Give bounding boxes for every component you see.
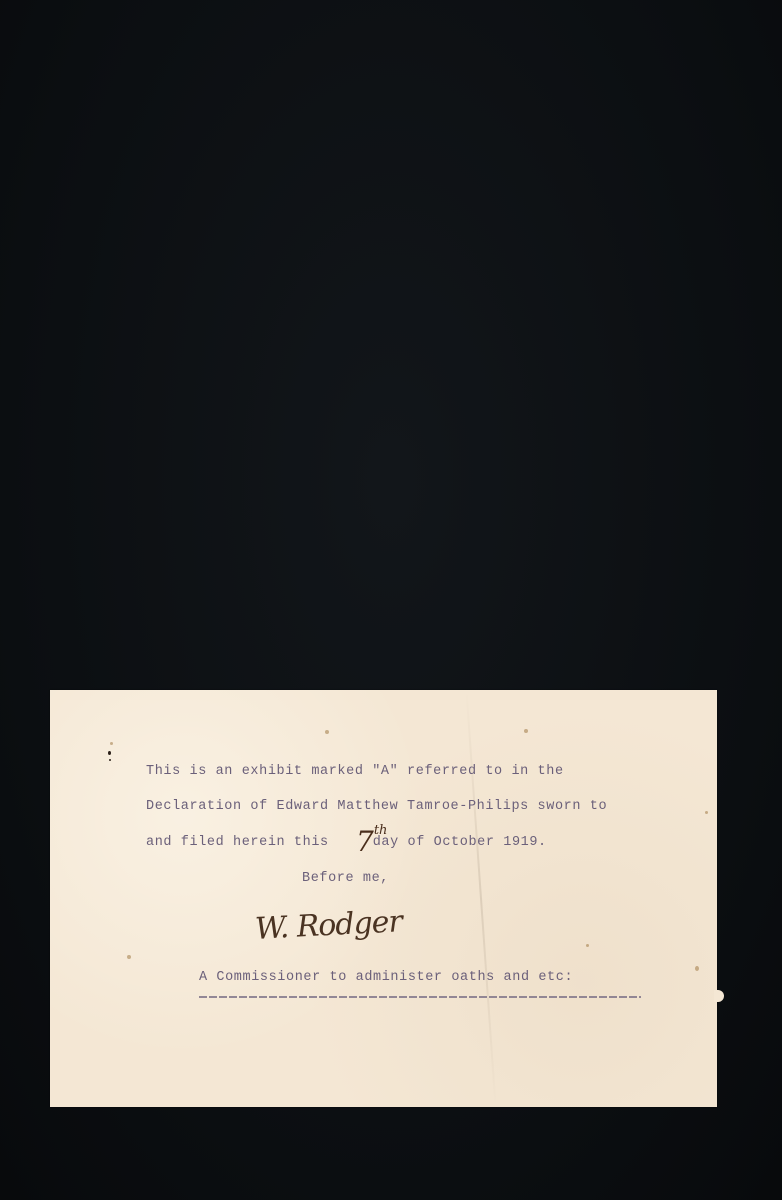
before-me-text: Before me, bbox=[302, 871, 389, 886]
foxing-spot bbox=[110, 742, 113, 745]
exhibit-line-1: This is an exhibit marked "A" referred t… bbox=[146, 764, 564, 779]
paper-fold-crease bbox=[465, 690, 496, 1107]
commissioner-title: A Commissioner to administer oaths and e… bbox=[199, 970, 573, 985]
foxing-spot bbox=[325, 730, 329, 734]
exhibit-line-3: and filed herein thisday of October 1919… bbox=[146, 835, 547, 850]
ink-speck bbox=[109, 759, 111, 761]
commissioner-signature: W. Rodger bbox=[254, 904, 402, 947]
foxing-spot bbox=[705, 811, 708, 814]
foxing-spot bbox=[695, 966, 699, 971]
ink-speck bbox=[108, 751, 111, 755]
exhibit-line-2: Declaration of Edward Matthew Tamroe-Phi… bbox=[146, 799, 607, 814]
dashed-underline bbox=[199, 996, 641, 998]
day-suffix: th bbox=[374, 823, 388, 838]
foxing-spot bbox=[524, 729, 528, 733]
foxing-spot bbox=[127, 955, 131, 959]
handwritten-day: 7th bbox=[356, 828, 387, 856]
date-text: day of October 1919. bbox=[373, 835, 547, 850]
filed-text: and filed herein this bbox=[146, 835, 329, 850]
day-number: 7 bbox=[356, 825, 374, 858]
foxing-spot bbox=[586, 944, 589, 947]
exhibit-paper: This is an exhibit marked "A" referred t… bbox=[50, 690, 717, 1107]
